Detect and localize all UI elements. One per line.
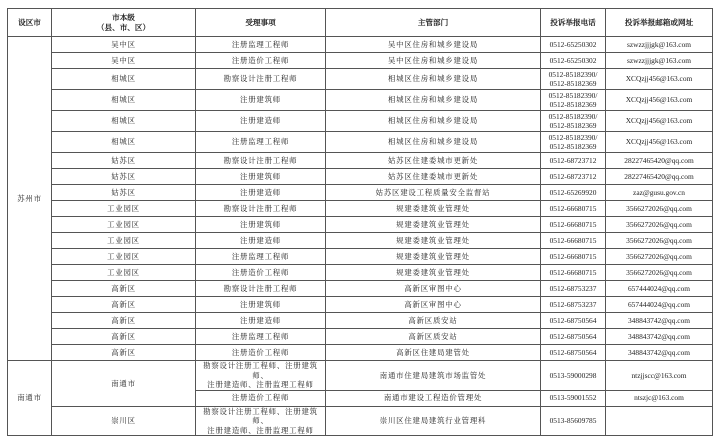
phone-cell: 0512-65269920 bbox=[541, 185, 606, 201]
phone-text: 0513-59000298 bbox=[543, 371, 603, 381]
table-row: 姑苏区勘察设计注册工程师姑苏区住建委城市更新处0512-687237122822… bbox=[8, 153, 713, 169]
district-cell: 相城区 bbox=[52, 90, 196, 111]
matter-cell: 注册造价工程师 bbox=[196, 390, 326, 406]
matter-cell: 勘察设计注册工程师、注册建筑师、注册建造师、注册监理工程师 bbox=[196, 406, 326, 436]
dept-cell: 规建委建筑业管理处 bbox=[326, 265, 541, 281]
phone-text: 0512-66680715 bbox=[543, 220, 603, 230]
phone-cell: 0512-85182390/0512-85182369 bbox=[541, 90, 606, 111]
district-cell: 工业园区 bbox=[52, 201, 196, 217]
matter-text: 注册监理工程师 bbox=[198, 137, 323, 147]
dept-cell: 高新区审图中心 bbox=[326, 281, 541, 297]
city-cell: 苏州市 bbox=[8, 37, 52, 361]
table-row: 工业园区注册造价工程师规建委建筑业管理处0512-666807153566272… bbox=[8, 265, 713, 281]
phone-text: 0512-65250302 bbox=[543, 56, 603, 66]
city-cell: 南通市 bbox=[8, 361, 52, 436]
header-phone: 投诉举报电话 bbox=[541, 9, 606, 37]
email-cell: 3566272026@qq.com bbox=[606, 217, 713, 233]
phone-text: 0512-85182390/ bbox=[543, 133, 603, 143]
header-city: 设区市 bbox=[8, 9, 52, 37]
matter-text: 勘察设计注册工程师 bbox=[198, 284, 323, 294]
table-row: 工业园区注册建筑师规建委建筑业管理处0512-66680715356627202… bbox=[8, 217, 713, 233]
table-row: 相城区注册建筑师相城区住房和城乡建设局0512-85182390/0512-85… bbox=[8, 90, 713, 111]
district-cell: 高新区 bbox=[52, 313, 196, 329]
email-cell: 3566272026@qq.com bbox=[606, 249, 713, 265]
district-cell: 工业园区 bbox=[52, 217, 196, 233]
matter-cell: 勘察设计注册工程师、注册建筑师、注册建造师、注册监理工程师 bbox=[196, 361, 326, 391]
phone-text: 0512-65250302 bbox=[543, 40, 603, 50]
district-cell: 高新区 bbox=[52, 281, 196, 297]
phone-cell: 0513-85609785 bbox=[541, 406, 606, 436]
email-cell: zaz@gusu.gov.cn bbox=[606, 185, 713, 201]
phone-text-line2: 0512-85182369 bbox=[543, 142, 603, 152]
dept-cell: 规建委建筑业管理处 bbox=[326, 249, 541, 265]
dept-cell: 高新区质安站 bbox=[326, 329, 541, 345]
matter-cell: 注册监理工程师 bbox=[196, 37, 326, 53]
phone-text: 0512-85182390/ bbox=[543, 91, 603, 101]
district-cell: 吴中区 bbox=[52, 53, 196, 69]
matter-text: 注册建筑师 bbox=[198, 95, 323, 105]
email-cell: 28227465420@qq.com bbox=[606, 153, 713, 169]
table-row: 高新区注册造价工程师高新区住建局建管处0512-6875056434884374… bbox=[8, 345, 713, 361]
phone-text: 0512-66680715 bbox=[543, 236, 603, 246]
email-cell: 348843742@qq.com bbox=[606, 329, 713, 345]
district-cell: 崇川区 bbox=[52, 406, 196, 436]
matter-cell: 注册建筑师 bbox=[196, 90, 326, 111]
matter-cell: 注册建筑师 bbox=[196, 297, 326, 313]
phone-text: 0512-68753237 bbox=[543, 300, 603, 310]
matter-text: 勘察设计注册工程师 bbox=[198, 204, 323, 214]
matter-text: 注册造价工程师 bbox=[198, 393, 323, 403]
matter-cell: 注册建造师 bbox=[196, 185, 326, 201]
dept-cell: 南通市住建局建筑市场监管处 bbox=[326, 361, 541, 391]
phone-cell: 0512-68750564 bbox=[541, 313, 606, 329]
dept-cell: 姑苏区建设工程质量安全监督站 bbox=[326, 185, 541, 201]
phone-cell: 0512-66680715 bbox=[541, 217, 606, 233]
matter-cell: 勘察设计注册工程师 bbox=[196, 69, 326, 90]
phone-cell: 0512-85182390/0512-85182369 bbox=[541, 132, 606, 153]
email-cell: 28227465420@qq.com bbox=[606, 169, 713, 185]
dept-cell: 南通市建设工程造价管理处 bbox=[326, 390, 541, 406]
phone-text: 0512-85182390/ bbox=[543, 70, 603, 80]
phone-cell: 0512-66680715 bbox=[541, 233, 606, 249]
dept-cell: 高新区住建局建管处 bbox=[326, 345, 541, 361]
dept-cell: 规建委建筑业管理处 bbox=[326, 233, 541, 249]
matter-text: 注册建造师 bbox=[198, 316, 323, 326]
district-cell: 姑苏区 bbox=[52, 169, 196, 185]
matter-cell: 注册建造师 bbox=[196, 111, 326, 132]
email-cell: 3566272026@qq.com bbox=[606, 233, 713, 249]
phone-cell: 0512-85182390/0512-85182369 bbox=[541, 69, 606, 90]
district-cell: 工业园区 bbox=[52, 265, 196, 281]
phone-cell: 0512-65250302 bbox=[541, 53, 606, 69]
district-cell: 工业园区 bbox=[52, 249, 196, 265]
phone-text: 0512-66680715 bbox=[543, 252, 603, 262]
phone-text-line2: 0512-85182369 bbox=[543, 121, 603, 131]
email-cell: 348843742@qq.com bbox=[606, 345, 713, 361]
matter-text-line2: 注册建造师、注册监理工程师 bbox=[198, 380, 323, 390]
dept-cell: 吴中区住房和城乡建设局 bbox=[326, 53, 541, 69]
phone-text: 0512-68750564 bbox=[543, 332, 603, 342]
email-cell: 657444024@qq.com bbox=[606, 281, 713, 297]
header-dept: 主管部门 bbox=[326, 9, 541, 37]
dept-cell: 相城区住房和城乡建设局 bbox=[326, 132, 541, 153]
matter-text: 注册建筑师 bbox=[198, 172, 323, 182]
dept-cell: 姑苏区住建委城市更新处 bbox=[326, 169, 541, 185]
header-district-line2: （县、市、区） bbox=[54, 23, 193, 33]
table-row: 高新区注册监理工程师高新区质安站0512-68750564348843742@q… bbox=[8, 329, 713, 345]
matter-cell: 注册造价工程师 bbox=[196, 53, 326, 69]
matter-cell: 注册监理工程师 bbox=[196, 249, 326, 265]
phone-text: 0512-66680715 bbox=[543, 204, 603, 214]
matter-cell: 注册建造师 bbox=[196, 313, 326, 329]
matter-cell: 注册监理工程师 bbox=[196, 329, 326, 345]
email-cell: ntszjc@163.com bbox=[606, 390, 713, 406]
table-row: 高新区注册建造师高新区质安站0512-68750564348843742@qq.… bbox=[8, 313, 713, 329]
phone-cell: 0512-66680715 bbox=[541, 249, 606, 265]
matter-text: 勘察设计注册工程师 bbox=[198, 156, 323, 166]
phone-text-line2: 0512-85182369 bbox=[543, 100, 603, 110]
phone-cell: 0512-66680715 bbox=[541, 265, 606, 281]
table-row: 相城区注册监理工程师相城区住房和城乡建设局0512-85182390/0512-… bbox=[8, 132, 713, 153]
phone-text: 0513-85609785 bbox=[543, 416, 603, 426]
table-row: 高新区注册建筑师高新区审图中心0512-68753237657444024@qq… bbox=[8, 297, 713, 313]
phone-cell: 0512-68753237 bbox=[541, 281, 606, 297]
header-district: 市本级 （县、市、区） bbox=[52, 9, 196, 37]
phone-text: 0512-65269920 bbox=[543, 188, 603, 198]
phone-text: 0512-68750564 bbox=[543, 348, 603, 358]
matter-text: 注册建筑师 bbox=[198, 300, 323, 310]
district-cell: 高新区 bbox=[52, 345, 196, 361]
table-row: 相城区注册建造师相城区住房和城乡建设局0512-85182390/0512-85… bbox=[8, 111, 713, 132]
district-cell: 相城区 bbox=[52, 132, 196, 153]
email-cell: XCQzjj456@163.com bbox=[606, 111, 713, 132]
table-row: 工业园区勘察设计注册工程师规建委建筑业管理处0512-6668071535662… bbox=[8, 201, 713, 217]
dept-cell: 规建委建筑业管理处 bbox=[326, 201, 541, 217]
table-row: 相城区勘察设计注册工程师相城区住房和城乡建设局0512-85182390/051… bbox=[8, 69, 713, 90]
matter-text: 注册建筑师 bbox=[198, 220, 323, 230]
matter-cell: 注册建筑师 bbox=[196, 217, 326, 233]
header-email: 投诉举报邮箱或网址 bbox=[606, 9, 713, 37]
dept-cell: 崇川区住建局建筑行业管理科 bbox=[326, 406, 541, 436]
phone-text-line2: 0512-85182369 bbox=[543, 79, 603, 89]
header-matter: 受理事项 bbox=[196, 9, 326, 37]
phone-cell: 0512-68750564 bbox=[541, 329, 606, 345]
district-cell: 工业园区 bbox=[52, 233, 196, 249]
matter-cell: 注册造价工程师 bbox=[196, 265, 326, 281]
dept-cell: 吴中区住房和城乡建设局 bbox=[326, 37, 541, 53]
table-row: 姑苏区注册建造师姑苏区建设工程质量安全监督站0512-65269920zaz@g… bbox=[8, 185, 713, 201]
matter-cell: 勘察设计注册工程师 bbox=[196, 201, 326, 217]
district-cell: 相城区 bbox=[52, 69, 196, 90]
header-district-line1: 市本级 bbox=[54, 13, 193, 23]
matter-text: 注册建造师 bbox=[198, 236, 323, 246]
matter-text: 注册造价工程师 bbox=[198, 268, 323, 278]
district-cell: 姑苏区 bbox=[52, 153, 196, 169]
matter-cell: 勘察设计注册工程师 bbox=[196, 281, 326, 297]
phone-cell: 0513-59001552 bbox=[541, 390, 606, 406]
email-cell bbox=[606, 406, 713, 436]
matter-text: 勘察设计注册工程师 bbox=[198, 74, 323, 84]
phone-cell: 0512-68723712 bbox=[541, 153, 606, 169]
dept-cell: 相城区住房和城乡建设局 bbox=[326, 90, 541, 111]
phone-cell: 0513-59000298 bbox=[541, 361, 606, 391]
table-row: 姑苏区注册建筑师姑苏区住建委城市更新处0512-6872371228227465… bbox=[8, 169, 713, 185]
email-cell: XCQzjj456@163.com bbox=[606, 69, 713, 90]
email-cell: 657444024@qq.com bbox=[606, 297, 713, 313]
matter-text: 注册建造师 bbox=[198, 116, 323, 126]
matter-text-line2: 注册建造师、注册监理工程师 bbox=[198, 426, 323, 436]
email-cell: 3566272026@qq.com bbox=[606, 265, 713, 281]
matter-text: 注册监理工程师 bbox=[198, 332, 323, 342]
matter-cell: 注册监理工程师 bbox=[196, 132, 326, 153]
phone-text: 0512-68723712 bbox=[543, 172, 603, 182]
district-cell: 吴中区 bbox=[52, 37, 196, 53]
phone-cell: 0512-68750564 bbox=[541, 345, 606, 361]
phone-cell: 0512-68753237 bbox=[541, 297, 606, 313]
table-row: 苏州市吴中区注册监理工程师吴中区住房和城乡建设局0512-65250302szw… bbox=[8, 37, 713, 53]
phone-cell: 0512-66680715 bbox=[541, 201, 606, 217]
email-cell: ntzjjscc@163.com bbox=[606, 361, 713, 391]
email-cell: XCQzjj456@163.com bbox=[606, 90, 713, 111]
phone-text: 0512-66680715 bbox=[543, 268, 603, 278]
complaint-contact-table: 设区市 市本级 （县、市、区） 受理事项 主管部门 投诉举报电话 投诉举报邮箱或… bbox=[7, 8, 713, 436]
phone-text: 0512-68723712 bbox=[543, 156, 603, 166]
email-cell: XCQzjj456@163.com bbox=[606, 132, 713, 153]
phone-text: 0512-68750564 bbox=[543, 316, 603, 326]
phone-cell: 0512-68723712 bbox=[541, 169, 606, 185]
matter-text: 勘察设计注册工程师、注册建筑师、 bbox=[198, 407, 323, 426]
district-cell: 相城区 bbox=[52, 111, 196, 132]
phone-text: 0513-59001552 bbox=[543, 393, 603, 403]
matter-text: 注册建造师 bbox=[198, 188, 323, 198]
table-row: 南通市南通市勘察设计注册工程师、注册建筑师、注册建造师、注册监理工程师南通市住建… bbox=[8, 361, 713, 391]
dept-cell: 规建委建筑业管理处 bbox=[326, 217, 541, 233]
matter-cell: 勘察设计注册工程师 bbox=[196, 153, 326, 169]
phone-text: 0512-68753237 bbox=[543, 284, 603, 294]
table-row: 崇川区勘察设计注册工程师、注册建筑师、注册建造师、注册监理工程师崇川区住建局建筑… bbox=[8, 406, 713, 436]
district-cell: 姑苏区 bbox=[52, 185, 196, 201]
table-row: 工业园区注册建造师规建委建筑业管理处0512-66680715356627202… bbox=[8, 233, 713, 249]
district-cell: 高新区 bbox=[52, 297, 196, 313]
district-cell: 南通市 bbox=[52, 361, 196, 407]
phone-cell: 0512-85182390/0512-85182369 bbox=[541, 111, 606, 132]
table-row: 工业园区注册监理工程师规建委建筑业管理处0512-666807153566272… bbox=[8, 249, 713, 265]
matter-cell: 注册建造师 bbox=[196, 233, 326, 249]
dept-cell: 高新区质安站 bbox=[326, 313, 541, 329]
email-cell: szwzzjjjgk@163.com bbox=[606, 37, 713, 53]
phone-cell: 0512-65250302 bbox=[541, 37, 606, 53]
phone-text: 0512-85182390/ bbox=[543, 112, 603, 122]
table-row: 高新区勘察设计注册工程师高新区审图中心0512-6875323765744402… bbox=[8, 281, 713, 297]
dept-cell: 相城区住房和城乡建设局 bbox=[326, 111, 541, 132]
email-cell: szwzzjjjgk@163.com bbox=[606, 53, 713, 69]
header-row: 设区市 市本级 （县、市、区） 受理事项 主管部门 投诉举报电话 投诉举报邮箱或… bbox=[8, 9, 713, 37]
matter-text: 勘察设计注册工程师、注册建筑师、 bbox=[198, 361, 323, 380]
matter-text: 注册监理工程师 bbox=[198, 252, 323, 262]
email-cell: 348843742@qq.com bbox=[606, 313, 713, 329]
email-cell: 3566272026@qq.com bbox=[606, 201, 713, 217]
matter-cell: 注册建筑师 bbox=[196, 169, 326, 185]
matter-text: 注册造价工程师 bbox=[198, 56, 323, 66]
dept-cell: 相城区住房和城乡建设局 bbox=[326, 69, 541, 90]
table-row: 吴中区注册造价工程师吴中区住房和城乡建设局0512-65250302szwzzj… bbox=[8, 53, 713, 69]
dept-cell: 姑苏区住建委城市更新处 bbox=[326, 153, 541, 169]
district-cell: 高新区 bbox=[52, 329, 196, 345]
matter-cell: 注册造价工程师 bbox=[196, 345, 326, 361]
matter-text: 注册造价工程师 bbox=[198, 348, 323, 358]
matter-text: 注册监理工程师 bbox=[198, 40, 323, 50]
dept-cell: 高新区审图中心 bbox=[326, 297, 541, 313]
